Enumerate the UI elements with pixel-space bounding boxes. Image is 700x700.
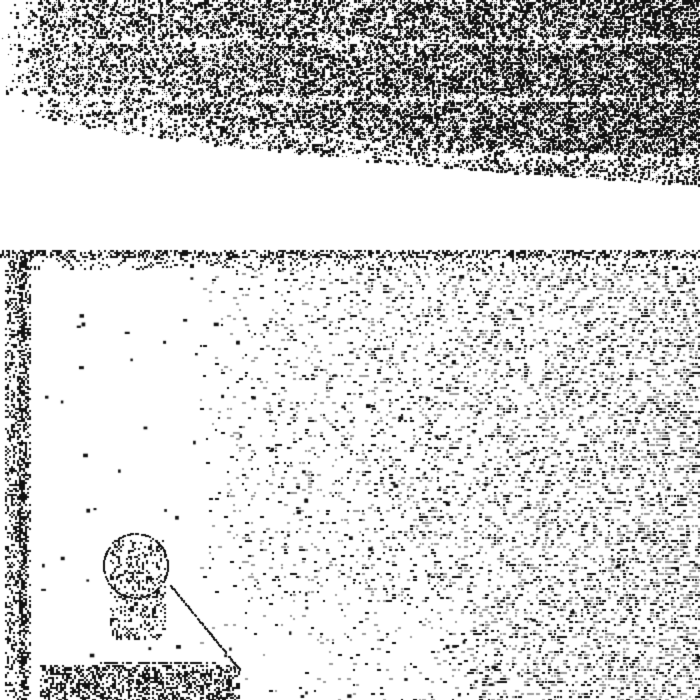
photocopy-image: Degraded photocopy of a halftone print: … xyxy=(0,0,700,700)
halftone-canvas xyxy=(0,0,700,700)
